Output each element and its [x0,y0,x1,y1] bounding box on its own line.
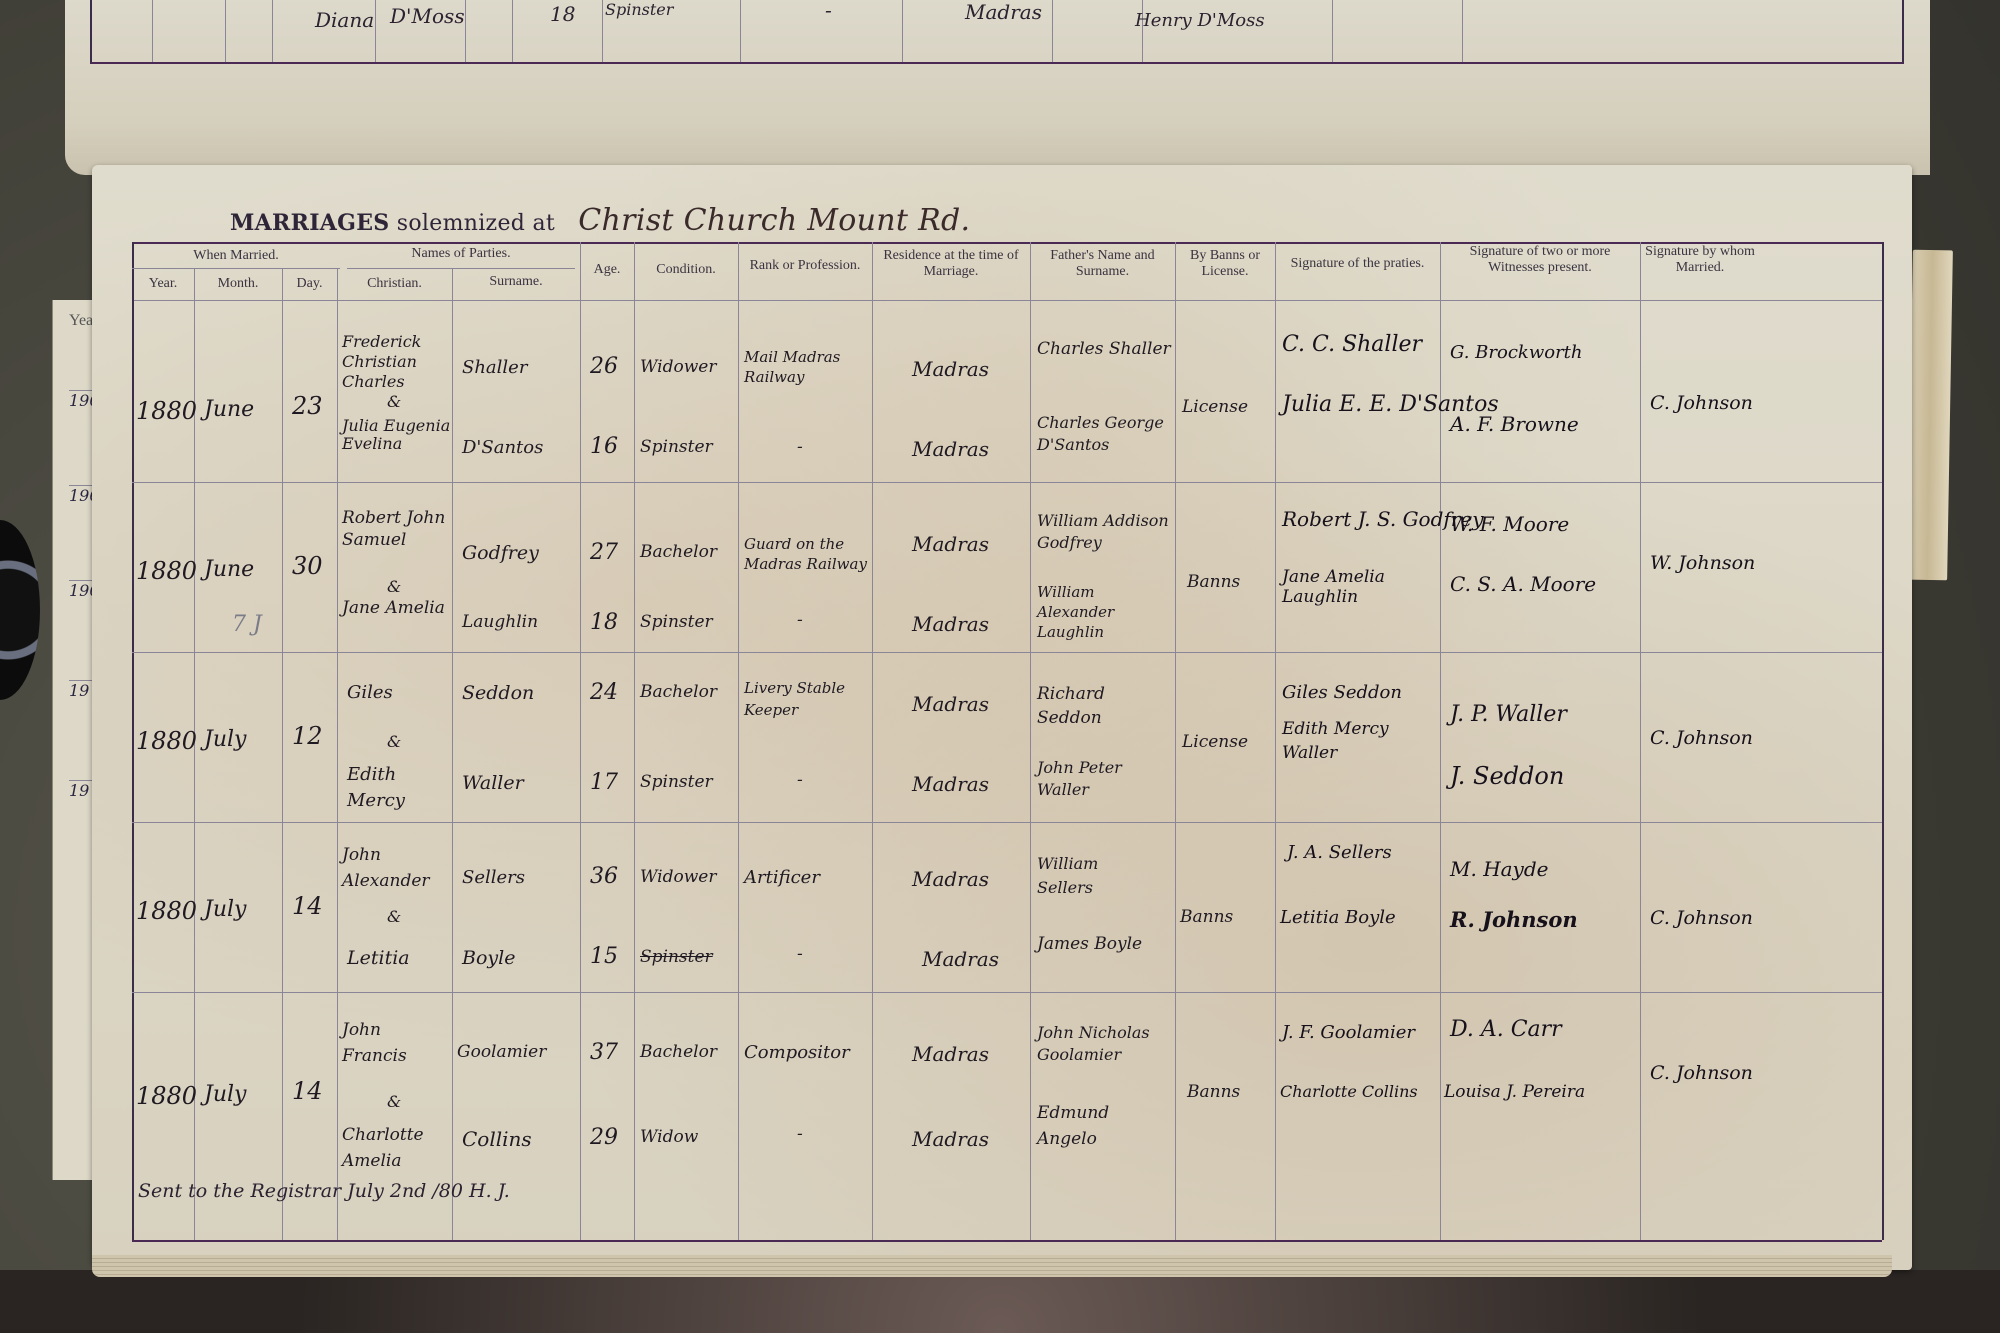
bride-signature: Letitia Boyle [1280,907,1396,928]
bride-profession: - [797,770,803,790]
entry-day: 12 [292,722,323,750]
entry-day: 14 [292,1077,323,1105]
banns-or-license: License [1182,732,1248,752]
banns-or-license: License [1182,397,1248,417]
groom-signature: J. F. Goolamier [1282,1022,1415,1043]
banns-or-license: Banns [1187,572,1240,592]
entry-month: July [204,727,246,752]
witness-signature: W. F. Moore [1450,512,1569,536]
groom-condition: Widower [640,867,716,887]
officiant-signature: C. Johnson [1650,907,1753,929]
bride-residence: Madras [912,1127,989,1151]
prev-father: Henry D'Moss [1135,10,1265,31]
officiant-signature: C. Johnson [1650,727,1753,749]
registrar-note: Sent to the Registrar July 2nd /80 H. J. [138,1180,510,1202]
bride-age: 16 [590,434,618,459]
header-month: Month. [194,276,282,292]
joiner: & [387,732,401,751]
prev-residence: Madras [965,0,1042,24]
bride-condition: Spinster [640,437,713,457]
prev-condition: Spinster [605,0,673,19]
marriage-register-table: When Married. Names of Parties. Year. Mo… [132,242,1882,1242]
header-condition: Condition. [634,262,738,278]
bride-condition: Spinster [640,772,713,792]
header-residence: Residence at the time of Marriage. [872,248,1030,280]
bride-age: 17 [590,770,618,795]
title-solemnized: solemnized at [397,211,555,236]
bride-surname: Waller [462,772,524,794]
groom-residence: Madras [912,357,989,381]
header-married-by: Signature by whom Married. [1640,244,1760,276]
pencil-mark: 7 J [232,612,262,637]
bride-signature: Charlotte Collins [1280,1082,1418,1101]
bride-signature: Jane Amelia Laughlin [1282,567,1437,607]
groom-residence: Madras [912,532,989,556]
groom-surname: Shaller [462,357,527,378]
entry-year: 1880 [136,557,197,585]
bride-age: 29 [590,1125,618,1150]
prev-surname: D'Moss [390,4,465,28]
header-christian: Christian. [337,276,452,292]
entry-year: 1880 [136,897,197,925]
groom-profession: Livery Stable Keeper [744,677,869,721]
groom-condition: Widower [640,357,716,377]
groom-condition: Bachelor [640,1042,717,1062]
groom-father: Charles Shaller [1037,337,1172,361]
bride-father: John Peter Waller [1037,757,1172,801]
bride-father: Edmund Angelo [1037,1100,1157,1152]
header-day: Day. [282,276,337,292]
officiant-signature: C. Johnson [1650,1062,1753,1084]
joiner: & [387,1092,401,1111]
bride-surname: Boyle [462,947,515,969]
fabric-background [0,1270,2000,1333]
entry-year: 1880 [136,1082,197,1110]
officiant-signature: C. Johnson [1650,392,1753,414]
groom-signature: C. C. Shaller [1282,332,1422,357]
groom-condition: Bachelor [640,682,717,702]
entry-month: July [204,1082,246,1107]
groom-surname: Goolamier [457,1042,546,1062]
previous-page: Diana D'Moss 18 Spinster - Madras Henry … [65,0,1930,175]
bride-residence: Madras [912,437,989,461]
joiner: & [387,907,401,926]
groom-profession: Compositor [744,1042,850,1063]
groom-father: Richard Seddon [1037,682,1172,730]
groom-surname: Sellers [462,867,525,888]
bride-christian: Edith Mercy [347,762,447,814]
bride-father: James Boyle [1037,932,1157,956]
groom-condition: Bachelor [640,542,717,562]
groom-signature: Giles Seddon [1282,682,1402,703]
bride-residence: Madras [912,772,989,796]
bride-christian: Julia Eugenia Evelina [342,417,452,453]
header-when-married: When Married. [132,248,340,264]
bride-surname: Collins [462,1127,532,1151]
prev-profession: - [825,0,832,22]
bride-residence: Madras [912,612,989,636]
bride-surname: Laughlin [462,612,538,632]
bride-age: 18 [590,610,618,635]
prev-christian: Diana [315,8,374,32]
bride-condition: Spinster [640,612,713,632]
groom-age: 27 [590,540,618,565]
witness-signature: M. Hayde [1450,857,1549,881]
entry-year: 1880 [136,397,197,425]
joiner: & [387,577,401,596]
bride-age: 15 [590,944,618,969]
banns-or-license: Banns [1187,1082,1240,1102]
bride-profession: - [797,1124,803,1144]
groom-age: 37 [590,1040,618,1065]
header-year: Year. [132,276,194,292]
bride-profession: - [797,610,803,630]
bride-christian: Letitia [347,947,410,969]
entry-month: June [204,397,254,422]
groom-surname: Seddon [462,682,534,704]
groom-christian: Robert John Samuel [342,507,452,551]
bride-condition: Widow [640,1127,698,1147]
groom-residence: Madras [912,1042,989,1066]
title-place: Christ Church Mount Rd. [578,203,970,238]
groom-christian: Frederick Christian Charles [342,332,452,392]
header-surname: Surname. [452,274,580,290]
groom-residence: Madras [912,692,989,716]
bride-father: Charles George D'Santos [1037,412,1172,456]
groom-profession: Guard on the Madras Railway [744,534,869,574]
page-stack-edges [92,1255,1892,1277]
prev-age: 18 [550,2,575,26]
entry-day: 14 [292,892,323,920]
header-profession: Rank or Profession. [738,258,872,274]
witness-signature: C. S. A. Moore [1450,572,1596,596]
groom-age: 26 [590,354,618,379]
groom-christian: John Francis [342,1017,442,1069]
entry-day: 30 [292,552,323,580]
groom-christian: John Alexander [342,842,452,894]
banns-or-license: Banns [1180,907,1233,927]
witness-signature: R. Johnson [1450,907,1578,932]
bride-residence: Madras [922,947,999,971]
header-signature-parties: Signature of the praties. [1275,256,1440,272]
header-names-of-parties: Names of Parties. [347,246,575,262]
header-witnesses: Signature of two or more Witnesses prese… [1440,244,1640,276]
bride-father: William Alexander Laughlin [1037,582,1172,642]
witness-signature: A. F. Browne [1450,412,1579,436]
groom-christian: Giles [347,682,393,703]
header-banns-license: By Banns or License. [1175,248,1275,280]
entry-year: 1880 [136,727,197,755]
groom-residence: Madras [912,867,989,891]
groom-profession: Mail Madras Railway [744,347,869,387]
bride-profession: - [797,437,803,457]
header-father: Father's Name and Surname. [1030,248,1175,280]
groom-profession: Artificer [744,867,820,888]
witness-signature: Louisa J. Pereira [1444,1082,1585,1102]
groom-age: 24 [590,680,618,705]
witness-signature: D. A. Carr [1450,1017,1562,1042]
bride-christian: Charlotte Amelia [342,1122,452,1174]
groom-father: John Nicholas Goolamier [1037,1022,1172,1066]
groom-age: 36 [590,864,618,889]
groom-father: William Addison Godfrey [1037,510,1172,554]
bride-christian: Jane Amelia [342,597,452,619]
witness-signature: G. Brockworth [1450,342,1583,363]
entry-month: July [204,897,246,922]
register-page: MARRIAGES solemnized at Christ Church Mo… [92,165,1912,1270]
witness-signature: J. Seddon [1450,762,1564,790]
bride-profession: - [797,944,803,964]
joiner: & [387,392,401,411]
witness-signature: J. P. Waller [1450,702,1567,727]
officiant-signature: W. Johnson [1650,552,1755,574]
groom-signature: J. A. Sellers [1287,842,1392,863]
header-age: Age. [580,262,634,278]
groom-surname: Godfrey [462,542,539,564]
register-title: MARRIAGES solemnized at Christ Church Mo… [230,203,970,238]
torn-paper-tab [1907,250,1953,581]
entry-month: June [204,557,254,582]
entry-day: 23 [292,392,323,420]
title-marriages: MARRIAGES [230,210,390,236]
groom-father: William Sellers [1037,852,1157,900]
bride-signature: Edith Mercy Waller [1282,717,1437,765]
bride-condition: Spinster [640,947,713,967]
bride-surname: D'Santos [462,437,543,458]
